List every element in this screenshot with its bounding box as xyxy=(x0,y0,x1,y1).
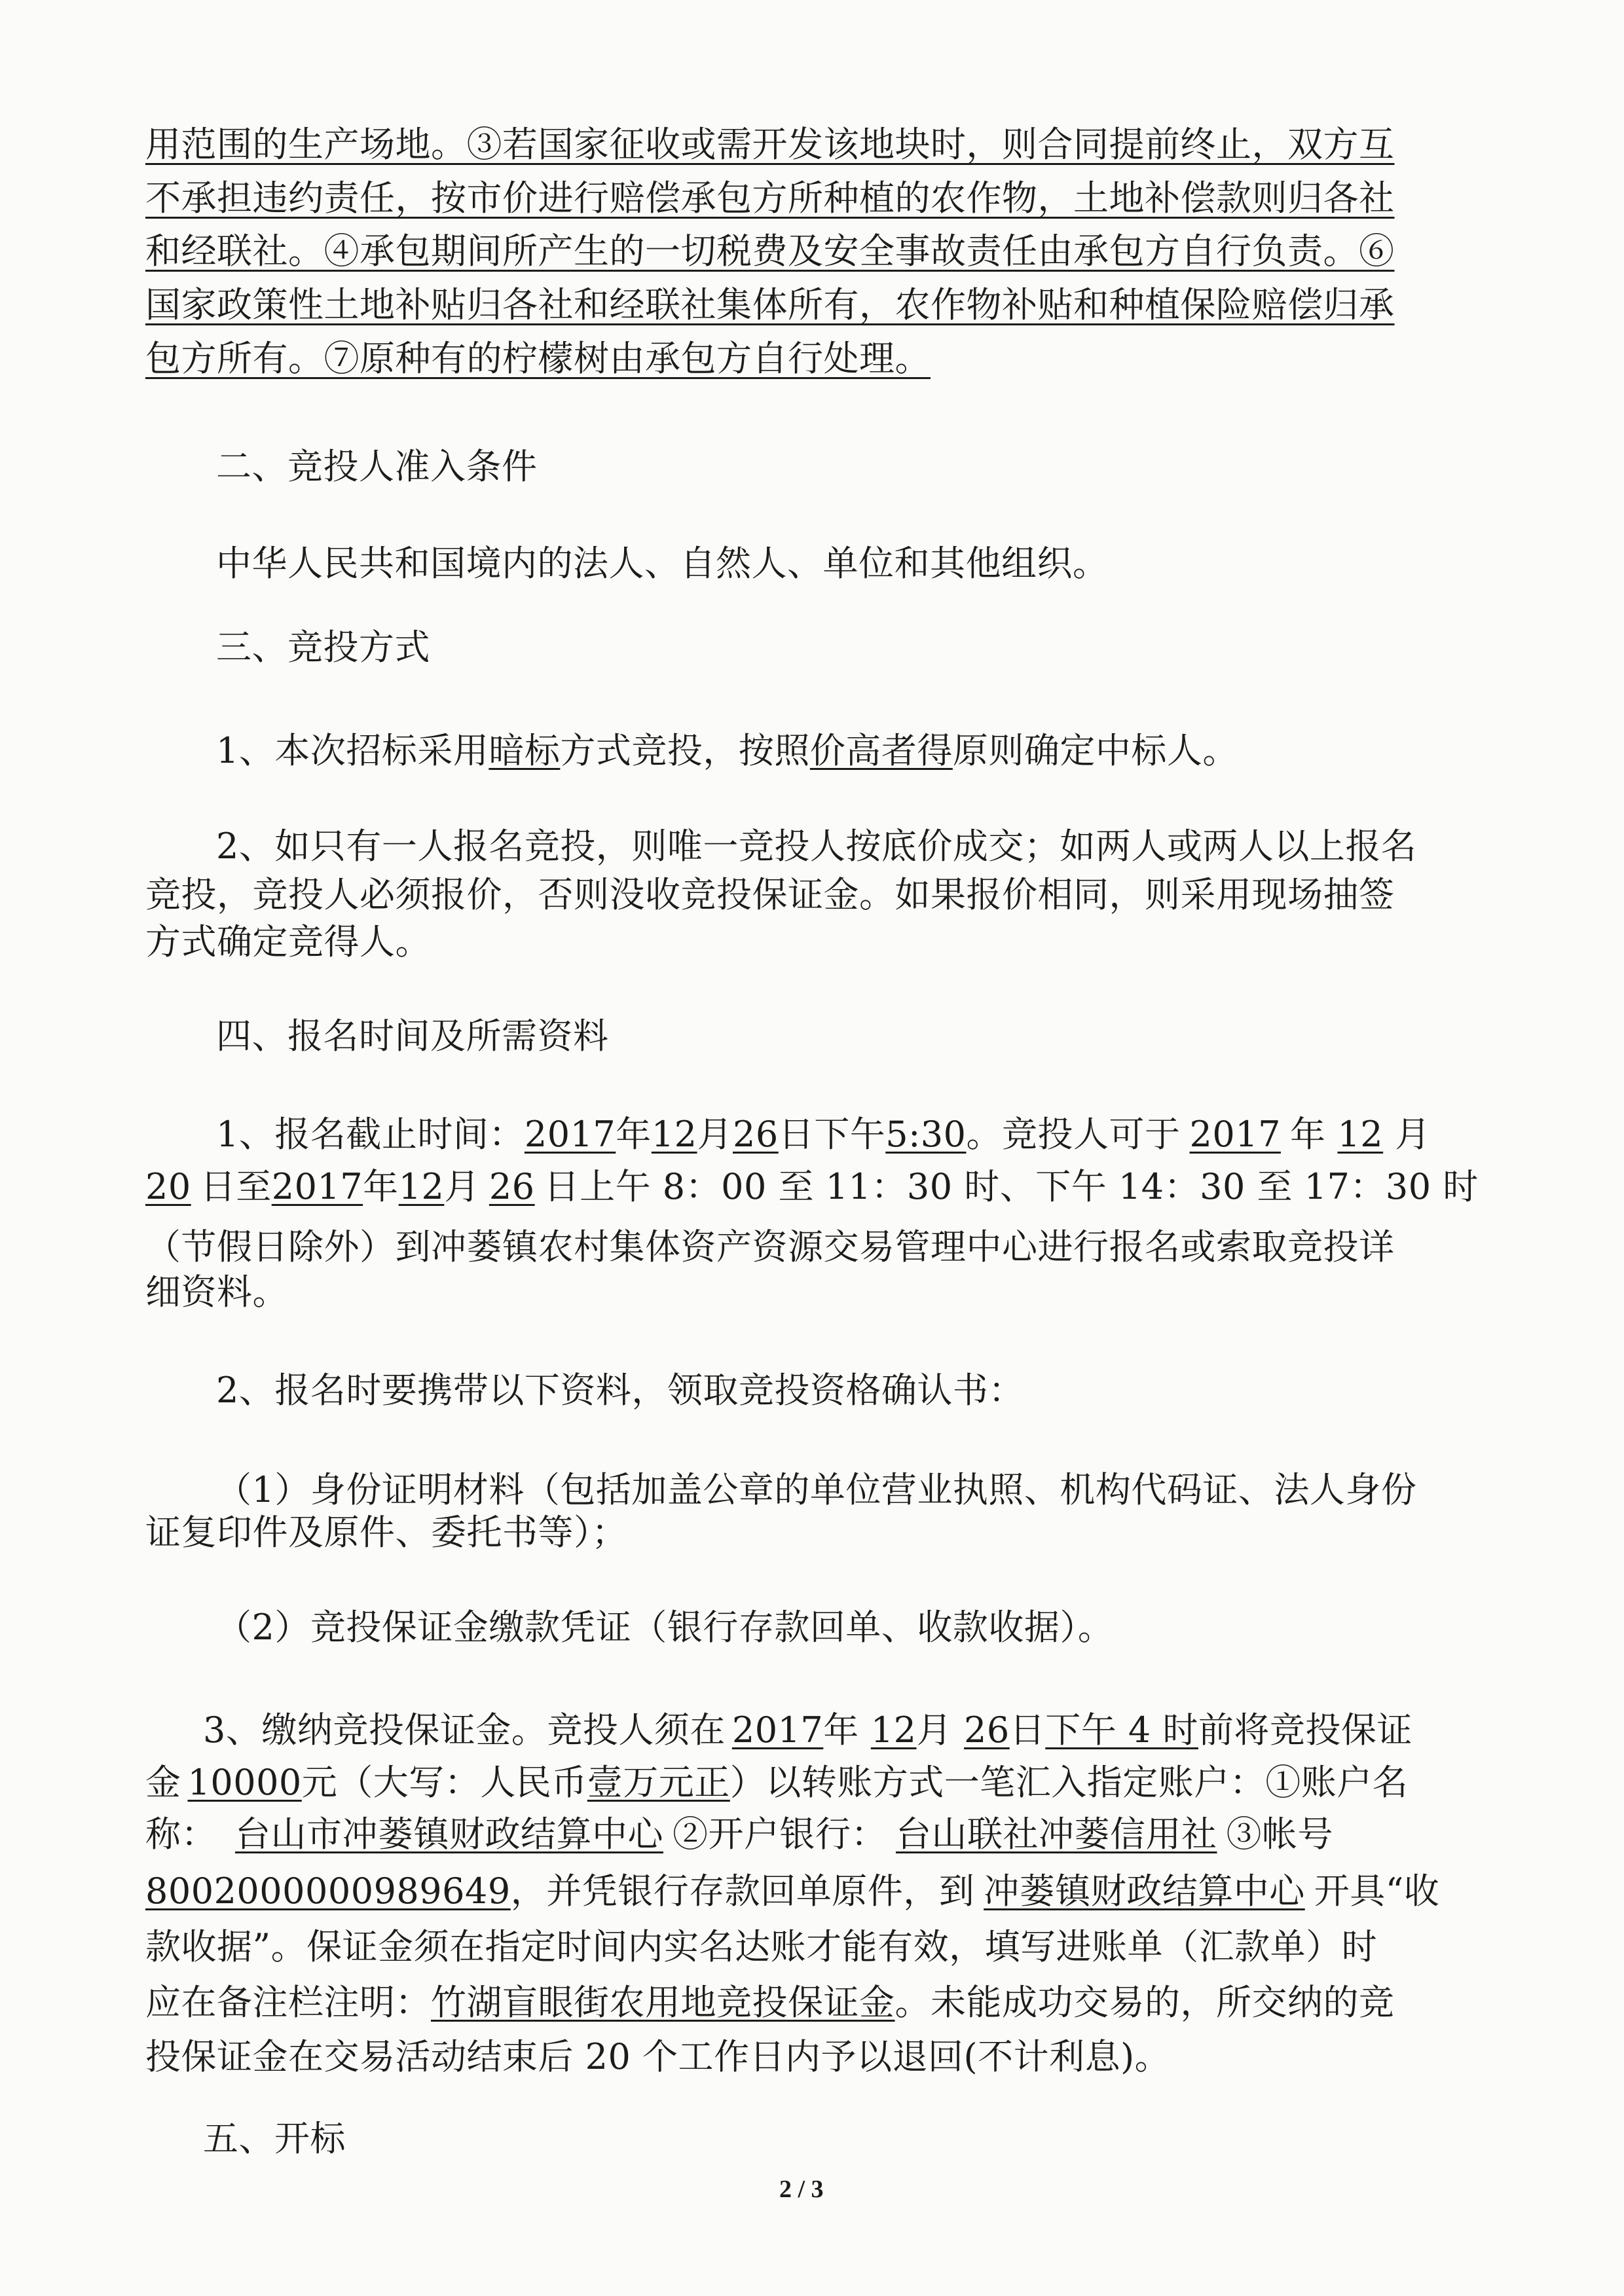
deposit-amount: 10000 xyxy=(181,1762,302,1803)
text-line: 不承担违约责任，按市价进行赔偿承包方所种植的农作物，土地补偿款则归各社 xyxy=(145,178,1395,219)
text: ②开户银行： xyxy=(673,1813,887,1855)
deposit-line-4: 8002000000989649，并凭银行存款回单原件，到冲蒌镇财政结算中心开具… xyxy=(145,1871,1439,1912)
remark-text: 竹湖盲眼街农用地竞投保证金 xyxy=(431,1982,895,2023)
text: 1、报名截止时间： xyxy=(216,1114,525,1155)
text: 月 xyxy=(697,1114,733,1155)
filled-month: 12 xyxy=(652,1114,697,1155)
filled-year: 2017 xyxy=(726,1709,823,1751)
text: 年 xyxy=(363,1166,399,1207)
text-line: 国家政策性土地补贴归各社和经联社集体所有，农作物补贴和种植保险赔偿归承 xyxy=(145,285,1395,325)
deposit-line-6: 应在备注栏注明：竹湖盲眼街农用地竞投保证金。未能成功交易的，所交纳的竞 xyxy=(145,1982,1395,2023)
text-line: 和经联社。④承包期间所产生的一切税费及安全事故责任由承包方自行负责。⑥ xyxy=(145,231,1395,272)
text-line: 投保证金在交易活动结束后 20 个工作日内予以退回(不计利息)。 xyxy=(145,2037,1170,2077)
text-line: 包方所有。⑦原种有的柠檬树由承包方自行处理。 xyxy=(145,338,931,379)
text-line: 方式确定竞得人。 xyxy=(145,922,431,962)
filled-time: 5:30 xyxy=(885,1114,966,1155)
deposit-line-1: 3、缴纳竞投保证金。竞投人须在2017年12月26日下午 4 时前将竞投保证 xyxy=(203,1710,1412,1751)
text-line: 2、报名时要携带以下资料，领取竞投资格确认书： xyxy=(216,1370,1024,1411)
text: 年 xyxy=(616,1114,652,1155)
text: 月 xyxy=(444,1166,480,1207)
text: 方式竞投，按照 xyxy=(560,730,810,771)
text: 元（大写：人民币 xyxy=(302,1762,587,1803)
section-heading-3: 三、竞投方式 xyxy=(216,627,430,668)
registration-window-line: 20日至2017年12月26日上午 8：00 至 11：30 时、下午 14：3… xyxy=(145,1167,1479,1207)
text: 1、本次招标采用 xyxy=(216,730,489,771)
text: 。竞投人可于 xyxy=(967,1114,1181,1155)
bank-name: 台山联社冲蒌信用社 xyxy=(887,1813,1227,1855)
text-line: 款收据”。保证金须在指定时间内实名达账才能有效，填写进账单（汇款单）时 xyxy=(145,1927,1377,1967)
deposit-line-3: 称：台山市冲蒌镇财政结算中心②开户银行：台山联社冲蒌信用社③帐号 xyxy=(145,1814,1333,1855)
text: 金 xyxy=(145,1762,181,1803)
text: 3、缴纳竞投保证金。竞投人须在 xyxy=(203,1709,726,1751)
section-heading-4: 四、报名时间及所需资料 xyxy=(216,1016,609,1057)
filled-year: 2017 xyxy=(272,1166,363,1207)
text: 前将竞投保证 xyxy=(1198,1709,1412,1751)
registration-deadline-line: 1、报名截止时间：2017年12月26日下午5:30。竞投人可于2017年12月 xyxy=(216,1114,1431,1155)
text: 月 xyxy=(917,1709,953,1751)
text-line: （节假日除外）到冲蒌镇农村集体资产资源交易管理中心进行报名或索取竞投详 xyxy=(145,1227,1395,1267)
underlined-term: 价高者得 xyxy=(810,730,953,771)
page-number: 2 / 3 xyxy=(779,2175,824,2204)
filled-day: 26 xyxy=(733,1114,779,1155)
text-line: 细资料。 xyxy=(145,1272,288,1313)
filled-deadline: 下午 4 时 xyxy=(1045,1709,1198,1751)
text: 原则确定中标人。 xyxy=(953,730,1238,771)
text: 日至 xyxy=(200,1166,272,1207)
filled-month: 12 xyxy=(1325,1114,1395,1155)
text: 开具“收 xyxy=(1314,1870,1440,1912)
text: 月 xyxy=(1395,1114,1431,1155)
account-number: 8002000000989649 xyxy=(145,1870,511,1912)
text: ③帐号 xyxy=(1227,1813,1334,1855)
text: 年 xyxy=(823,1709,859,1751)
text: 日 xyxy=(1010,1709,1046,1751)
filled-month: 12 xyxy=(859,1709,917,1751)
account-name: 台山市冲蒌镇财政结算中心 xyxy=(217,1813,673,1855)
text-line: 证复印件及原件、委托书等）； xyxy=(145,1512,627,1553)
text-line: 竞投，竞投人必须报价，否则没收竞投保证金。如果报价相同，则采用现场抽签 xyxy=(145,875,1395,915)
bidding-method-item-1: 1、本次招标采用暗标方式竞投，按照价高者得原则确定中标人。 xyxy=(216,731,1238,771)
text: 年 xyxy=(1290,1114,1326,1155)
text: 应在备注栏注明： xyxy=(145,1982,431,2023)
eligibility-text: 中华人民共和国境内的法人、自然人、单位和其他组织。 xyxy=(216,543,1109,584)
text: 称： xyxy=(145,1813,217,1855)
receipt-office: 冲蒌镇财政结算中心 xyxy=(974,1870,1314,1912)
filled-year: 2017 xyxy=(1181,1114,1290,1155)
text: ，并凭银行存款回单原件，到 xyxy=(511,1870,975,1912)
text: 日下午 xyxy=(779,1114,886,1155)
deposit-amount-words: 壹万元正 xyxy=(587,1762,730,1803)
section-heading-2: 二、竞投人准入条件 xyxy=(216,446,538,487)
deposit-line-2: 金10000元（大写：人民币壹万元正）以转账方式一笔汇入指定账户：①账户名 xyxy=(145,1762,1408,1803)
filled-year: 2017 xyxy=(525,1114,616,1155)
filled-month: 12 xyxy=(399,1166,445,1207)
text: 日上午 8：00 至 11：30 时、下午 14：30 至 17：30 时 xyxy=(544,1166,1479,1207)
text: ）以转账方式一笔汇入指定账户：①账户名 xyxy=(730,1762,1409,1803)
underlined-term: 暗标 xyxy=(489,730,560,771)
text-line: 用范围的生产场地。③若国家征收或需开发该地块时，则合同提前终止，双方互 xyxy=(145,124,1395,165)
text-line: 2、如只有一人报名竞投，则唯一竞投人按底价成交；如两人或两人以上报名 xyxy=(216,826,1416,867)
text-line: （2）竞投保证金缴款凭证（银行存款回单、收款收据）。 xyxy=(216,1607,1113,1648)
section-heading-5: 五、开标 xyxy=(203,2119,346,2159)
text: 。未能成功交易的，所交纳的竞 xyxy=(895,1982,1395,2023)
text-line: （1）身份证明材料（包括加盖公章的单位营业执照、机构代码证、法人身份 xyxy=(216,1470,1416,1510)
filled-day: 26 xyxy=(480,1166,544,1207)
filled-day: 20 xyxy=(145,1166,200,1207)
filled-day: 26 xyxy=(952,1709,1010,1751)
